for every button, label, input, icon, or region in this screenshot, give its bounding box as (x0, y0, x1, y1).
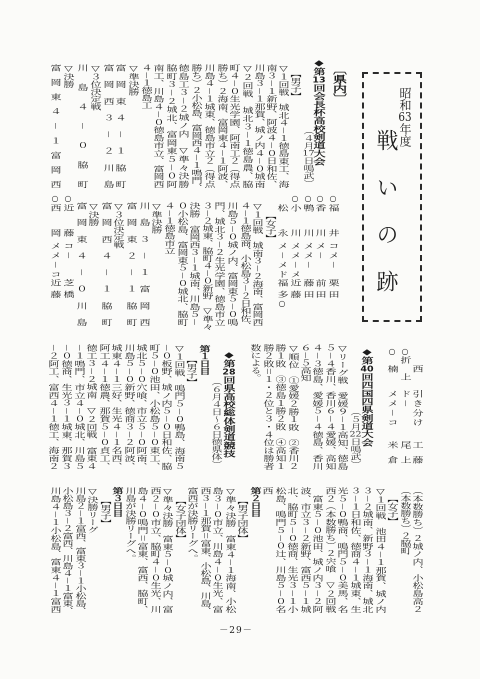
bout-line: ○ 鴨川 メメ－ 藤田 (302, 202, 314, 330)
winner-circle-icon (64, 300, 72, 308)
bout-result: コ－ (62, 242, 74, 261)
result-line: 富岡東２－１脇町 (125, 202, 137, 326)
winner-circle-icon (316, 300, 324, 308)
text-line: 勝２敗＝１・２位と３・４位は勝者 (262, 344, 274, 470)
text-line: ▽２回戦 城北３－１徳島農、脇 (241, 64, 253, 188)
day-label: 第２日目 (249, 487, 261, 517)
round-label: ▽決勝 (87, 202, 99, 226)
heading-suffix: 回四国四県剣道大会 (360, 373, 374, 446)
bout-player-2: 前田 (314, 279, 326, 302)
round-label: ▽準決勝 (127, 64, 139, 95)
winner-circle-icon (401, 466, 409, 474)
text-line: 勝ち）２海南、富岡東４－１阿波、 (216, 64, 228, 188)
bout-player-2: 芝橋 (62, 279, 74, 302)
heading-suffix: 回県高校総体剣道競技 (222, 376, 236, 458)
text-band-2: ○ 福井 コメ－ 栗田 ○ 香川 メ－ 前田 ○ 鴨川 メメ－ 藤田 ○ 小川 … (0, 202, 480, 330)
text-line: 徳島工３－２城ノ内 ▽準々決勝 (177, 64, 189, 188)
winner-circle-icon (413, 466, 421, 474)
text-line: 城東４－１三好、生光４－１名西、 (110, 344, 122, 470)
text-line: ６－５高知 (299, 344, 311, 381)
text-line: 西２（本数勝ち）２宍喰 ▽２回戦 (324, 487, 336, 613)
bout-result: メメ－ (302, 242, 314, 271)
text-line: 富西が決勝リーグへ。 (186, 487, 198, 562)
text-line: 徳工３－２城南 ▽２回戦 富東４ (85, 344, 97, 470)
text-line: ５－４香川、香川６－４愛媛、高知 (324, 344, 336, 470)
category-label: 【男子】 (99, 497, 111, 527)
bout-result: メメ－メ (289, 242, 301, 280)
bout-player-2: 近藤 (49, 279, 61, 302)
text-line: （本数勝ち）２城ノ内、小松島高２ (411, 487, 423, 613)
category-label: 【女子】 (386, 495, 398, 525)
bout-player-1: 近藤 (62, 204, 74, 237)
text-line: －０徳商、生光３－１城東、那賀３ (60, 344, 72, 470)
bout-result: メメ－コ (49, 242, 61, 280)
bout-player-1: 松永 (276, 204, 288, 237)
article-date: （５月22日鳴武） (349, 408, 361, 468)
bout-player-1: 福井 (327, 204, 339, 237)
bout-line: ○ 小川 メメ－メ 近藤 (289, 202, 301, 330)
text-line: ▽リーグ戦 愛媛９－１高知、徳島 (336, 344, 348, 470)
bout-player-1: 楠 (386, 356, 398, 380)
text-line: ▽１回戦 池田４－１那賀、城ノ内 (374, 487, 386, 613)
category-label: 【男子団体】 (236, 497, 248, 542)
text-line: 勝１敗 ③徳島１勝２敗 ④高知１ (274, 344, 286, 470)
date-number: 22 (349, 430, 362, 437)
text-line: 南３－１新野、阿波４－０日和佐、 (265, 64, 277, 188)
text-line: ４－３徳島、愛媛５－４徳島、香川 (311, 344, 323, 470)
text-line: 小松島３－２富西、川島４－１富東、 (61, 487, 73, 613)
winner-circle-icon (329, 300, 337, 308)
date-suffix: 日鳴武） (349, 438, 362, 468)
result-line: 富岡東４－１富岡西 (49, 64, 61, 188)
bout-player-1: 西 (411, 356, 423, 380)
text-line: ０小松島、富岡東５－０城北、脇町 (176, 202, 188, 326)
winner-circle-icon (388, 466, 396, 474)
text-line: 西 (261, 487, 273, 494)
text-line: ▽１回戦 城北４－１徳島東工、海 (277, 64, 289, 188)
winner-circle-icon: ○ (388, 348, 396, 356)
bout-player-2: 近藤 (289, 279, 301, 302)
text-line: 決勝 富岡西３－１城南、川島５－ (188, 202, 200, 326)
text-band-4: （本数勝ち）２城ノ内、小松島高２ （本数勝ち）２脇町 【女子】 ▽１回戦 池田４… (0, 487, 480, 615)
day-label: 第３日目 (111, 487, 123, 517)
winner-circle-icon: ○ (401, 348, 409, 356)
text-line: ▽準々決勝 富東４－１海南、小松 (224, 487, 236, 613)
article-heading: ◆第28回県高校総体剣道競技 (222, 350, 235, 457)
heading-prefix: ◆第 (222, 350, 236, 368)
text-line: 阿工４－１徳農、那賀５－０貞工、 (98, 344, 110, 470)
winner-circle-icon: ○ (291, 195, 299, 203)
text-line: 川島５－０城ノ内、富岡東５－０鳴 (226, 202, 238, 326)
text-line: 門、城北３－２生光学園、徳島市立 (213, 202, 225, 326)
winner-circle-icon (51, 300, 59, 308)
category-label: 【男子】 (185, 356, 197, 386)
winner-circle-icon (278, 195, 286, 203)
text-line: 西２－０市立、脇町４－０生光、川 (149, 487, 161, 613)
text-line: （本数勝ち）２脇町 (399, 487, 411, 554)
text-line: 南工、川島４－０徳島市立、富岡西 (152, 64, 164, 188)
heading-number: 28 (222, 368, 236, 376)
winner-circle-icon (304, 300, 312, 308)
bout-line: 松永 メ－メド 福多 ○ (276, 202, 288, 330)
text-line: 城北５－０穴喰、市立５－０阿南、 (135, 344, 147, 470)
text-line: ４－１徳島商、小松島３－２日和佐、 (239, 202, 251, 326)
result-line: 富岡東４－１脇町 (114, 64, 126, 188)
text-line: 島４－０鳴門＝富東、富西、脇町、 (136, 487, 148, 613)
bout-line: 西 引き分け 工藤 (411, 344, 423, 472)
result-line: 富岡東４－０川島 (75, 202, 87, 326)
bout-player-2: 栗田 (327, 279, 339, 302)
heading-number: 40 (360, 365, 374, 373)
result-line: 富岡西３－２川島 (102, 64, 114, 188)
page-number: －29－ (216, 626, 256, 636)
category-label: 【男子】 (289, 70, 301, 100)
date-prefix: （４月 (302, 127, 315, 149)
text-line: 富東５－０池田、城ノ内３－２阿 (311, 487, 323, 613)
text-line: ３－２城南、新野３－１海南、城北 (361, 487, 373, 613)
text-line: 川島２－１富西、富東３－１小松島、 (74, 487, 86, 613)
bout-player-1: 小川 (289, 204, 301, 237)
text-band-1: 〔県内〕 ◆第13回会長杯高校剣道大会 （４月17日鳴武） 【男子】 ▽１回戦 … (0, 64, 480, 192)
bout-result: コメ－ (327, 242, 339, 271)
text-line: 脇町３－２城北、富岡東５－０阿 (165, 64, 177, 188)
text-band-3: 西 引き分け 工藤 ○ 折上 ド－ 尾上 ○ 楠 メメ－コ 米倉 ◆第40回四国… (0, 344, 480, 472)
text-line: 川島が決勝リーグへ。 (124, 487, 136, 562)
bout-result: メ－ (314, 242, 326, 261)
article-date: （４月17日鳴武） (302, 127, 314, 187)
text-line: ４－１徳島市立 (163, 202, 175, 254)
winner-circle-icon: ○ (316, 195, 324, 203)
date-prefix: （５月 (349, 408, 362, 430)
round-label: ▽決勝 (62, 64, 74, 88)
result-line: 富岡西４－１脇町 (100, 202, 112, 326)
article-date: （６月４日～６日徳県体） (210, 378, 222, 468)
day-label: 第１日目 (198, 345, 210, 375)
heading-prefix: ◆第 (360, 347, 374, 365)
round-label: ▽準決勝 (150, 202, 162, 233)
round-label: ▽３位決定戦 (89, 64, 101, 110)
winner-circle-icon: ○ (51, 195, 59, 203)
heading-prefix: ◆第 (312, 58, 326, 76)
text-line: 数による。 (249, 344, 261, 381)
text-line: ▽１回戦 城南３－２海南、富岡西 (251, 202, 263, 326)
bout-player-1: 折上 (399, 356, 411, 380)
bout-line: ○ 楠 メメ－コ 米倉 (386, 344, 398, 472)
text-line: 北、脇町５－０徳商、生光３－１小 (286, 487, 298, 613)
text-line: ４－１徳島工 (140, 64, 152, 109)
bout-result: 引き分け (411, 390, 423, 428)
winner-circle-icon: ○ (278, 300, 286, 308)
category-label: 【女子団体】 (174, 497, 186, 542)
bout-result: メ－メド (276, 242, 288, 280)
text-line: －１鳴門、市立４－０城北、川島５ (73, 344, 85, 470)
bout-line: ○ 香川 メ－ 前田 (314, 202, 326, 330)
category-label: 【女子】 (264, 212, 276, 242)
text-line: 川島３－１那賀、城ノ内４－０城南 (253, 64, 265, 188)
text-line: ３－２城東、脇町４－０新野 ▽準々 (201, 202, 213, 326)
text-line: 川島５－０新野、徳商３－２阿波、 (123, 344, 135, 470)
text-line: ３－１日和佐、徳商４－１城東、生 (349, 487, 361, 613)
bout-line: ○ 福井 コメ－ 栗田 (327, 202, 339, 330)
round-label: ▽決勝リーグ (86, 487, 98, 533)
winner-circle-icon (413, 348, 421, 356)
text-line: 光５－０鴨商、鳴門５－０美馬、名 (336, 487, 348, 613)
text-line: 町５－０池田、小松島５－０東工、 (148, 344, 160, 470)
text-line: －０板野、城ノ内５－０日和佐、脇 (160, 344, 172, 470)
bout-result: ド－ (399, 390, 411, 409)
winner-circle-icon: ○ (304, 195, 312, 203)
bout-player-1: 香川 (314, 204, 326, 237)
text-line: 波、市立３－２新野、富西５－１城 (299, 487, 311, 613)
winner-circle-icon: ○ (64, 195, 72, 203)
text-line: 勝ち）２小松島、富岡西４－１鳴門、 (190, 64, 202, 188)
text-line: 町４－０生光学園、阿南工２（得点 (228, 64, 240, 188)
text-line: ▽１回戦 鳴門５－０鴨島、海南５ (173, 344, 185, 470)
round-label: ▽３位決定戦 (112, 202, 124, 248)
winner-circle-icon: ○ (329, 195, 337, 203)
text-line: 川島４－１小松島、富東４－１富西 (49, 487, 61, 613)
winner-circle-icon (291, 300, 299, 308)
text-line: 松島、鳴門５－０辻、川島５－０名 (274, 487, 286, 613)
result-line: 川島４－０脇町 (76, 64, 88, 188)
heading-number: 13 (312, 76, 326, 84)
bout-player-2: 藤田 (302, 279, 314, 302)
bout-line: ○ 近藤 コ－ 芝橋 (62, 202, 74, 330)
bout-result: メメ－コ (386, 390, 398, 428)
bout-player-1: 西岡 (49, 204, 61, 237)
bout-player-1: 鴨川 (302, 204, 314, 237)
bout-line: ○ 西岡 メメ－コ 近藤 (49, 202, 61, 330)
date-number: 17 (302, 149, 315, 156)
bout-line: ○ 折上 ド－ 尾上 (399, 344, 411, 472)
text-line: －２阿工、富西４－１徳工、海南２ (47, 344, 59, 470)
text-line: 川島４－１城東、徳島市立２（得点 (203, 64, 215, 188)
result-line: 川島３－１富岡西 (138, 202, 150, 326)
text-line: ▽順位 ①愛媛２勝１敗 ②香川２ (287, 344, 299, 470)
text-line: 西３－１那賀＝富東、小松島、川島、 (199, 487, 211, 613)
text-line: ▽準々決勝 富東５－０城ノ内、富 (161, 487, 173, 613)
section-label: 〔県内〕 (331, 65, 346, 103)
date-suffix: 日鳴武） (302, 157, 315, 187)
text-line: 島３－０市立、川島４－０生光、富 (211, 487, 223, 613)
